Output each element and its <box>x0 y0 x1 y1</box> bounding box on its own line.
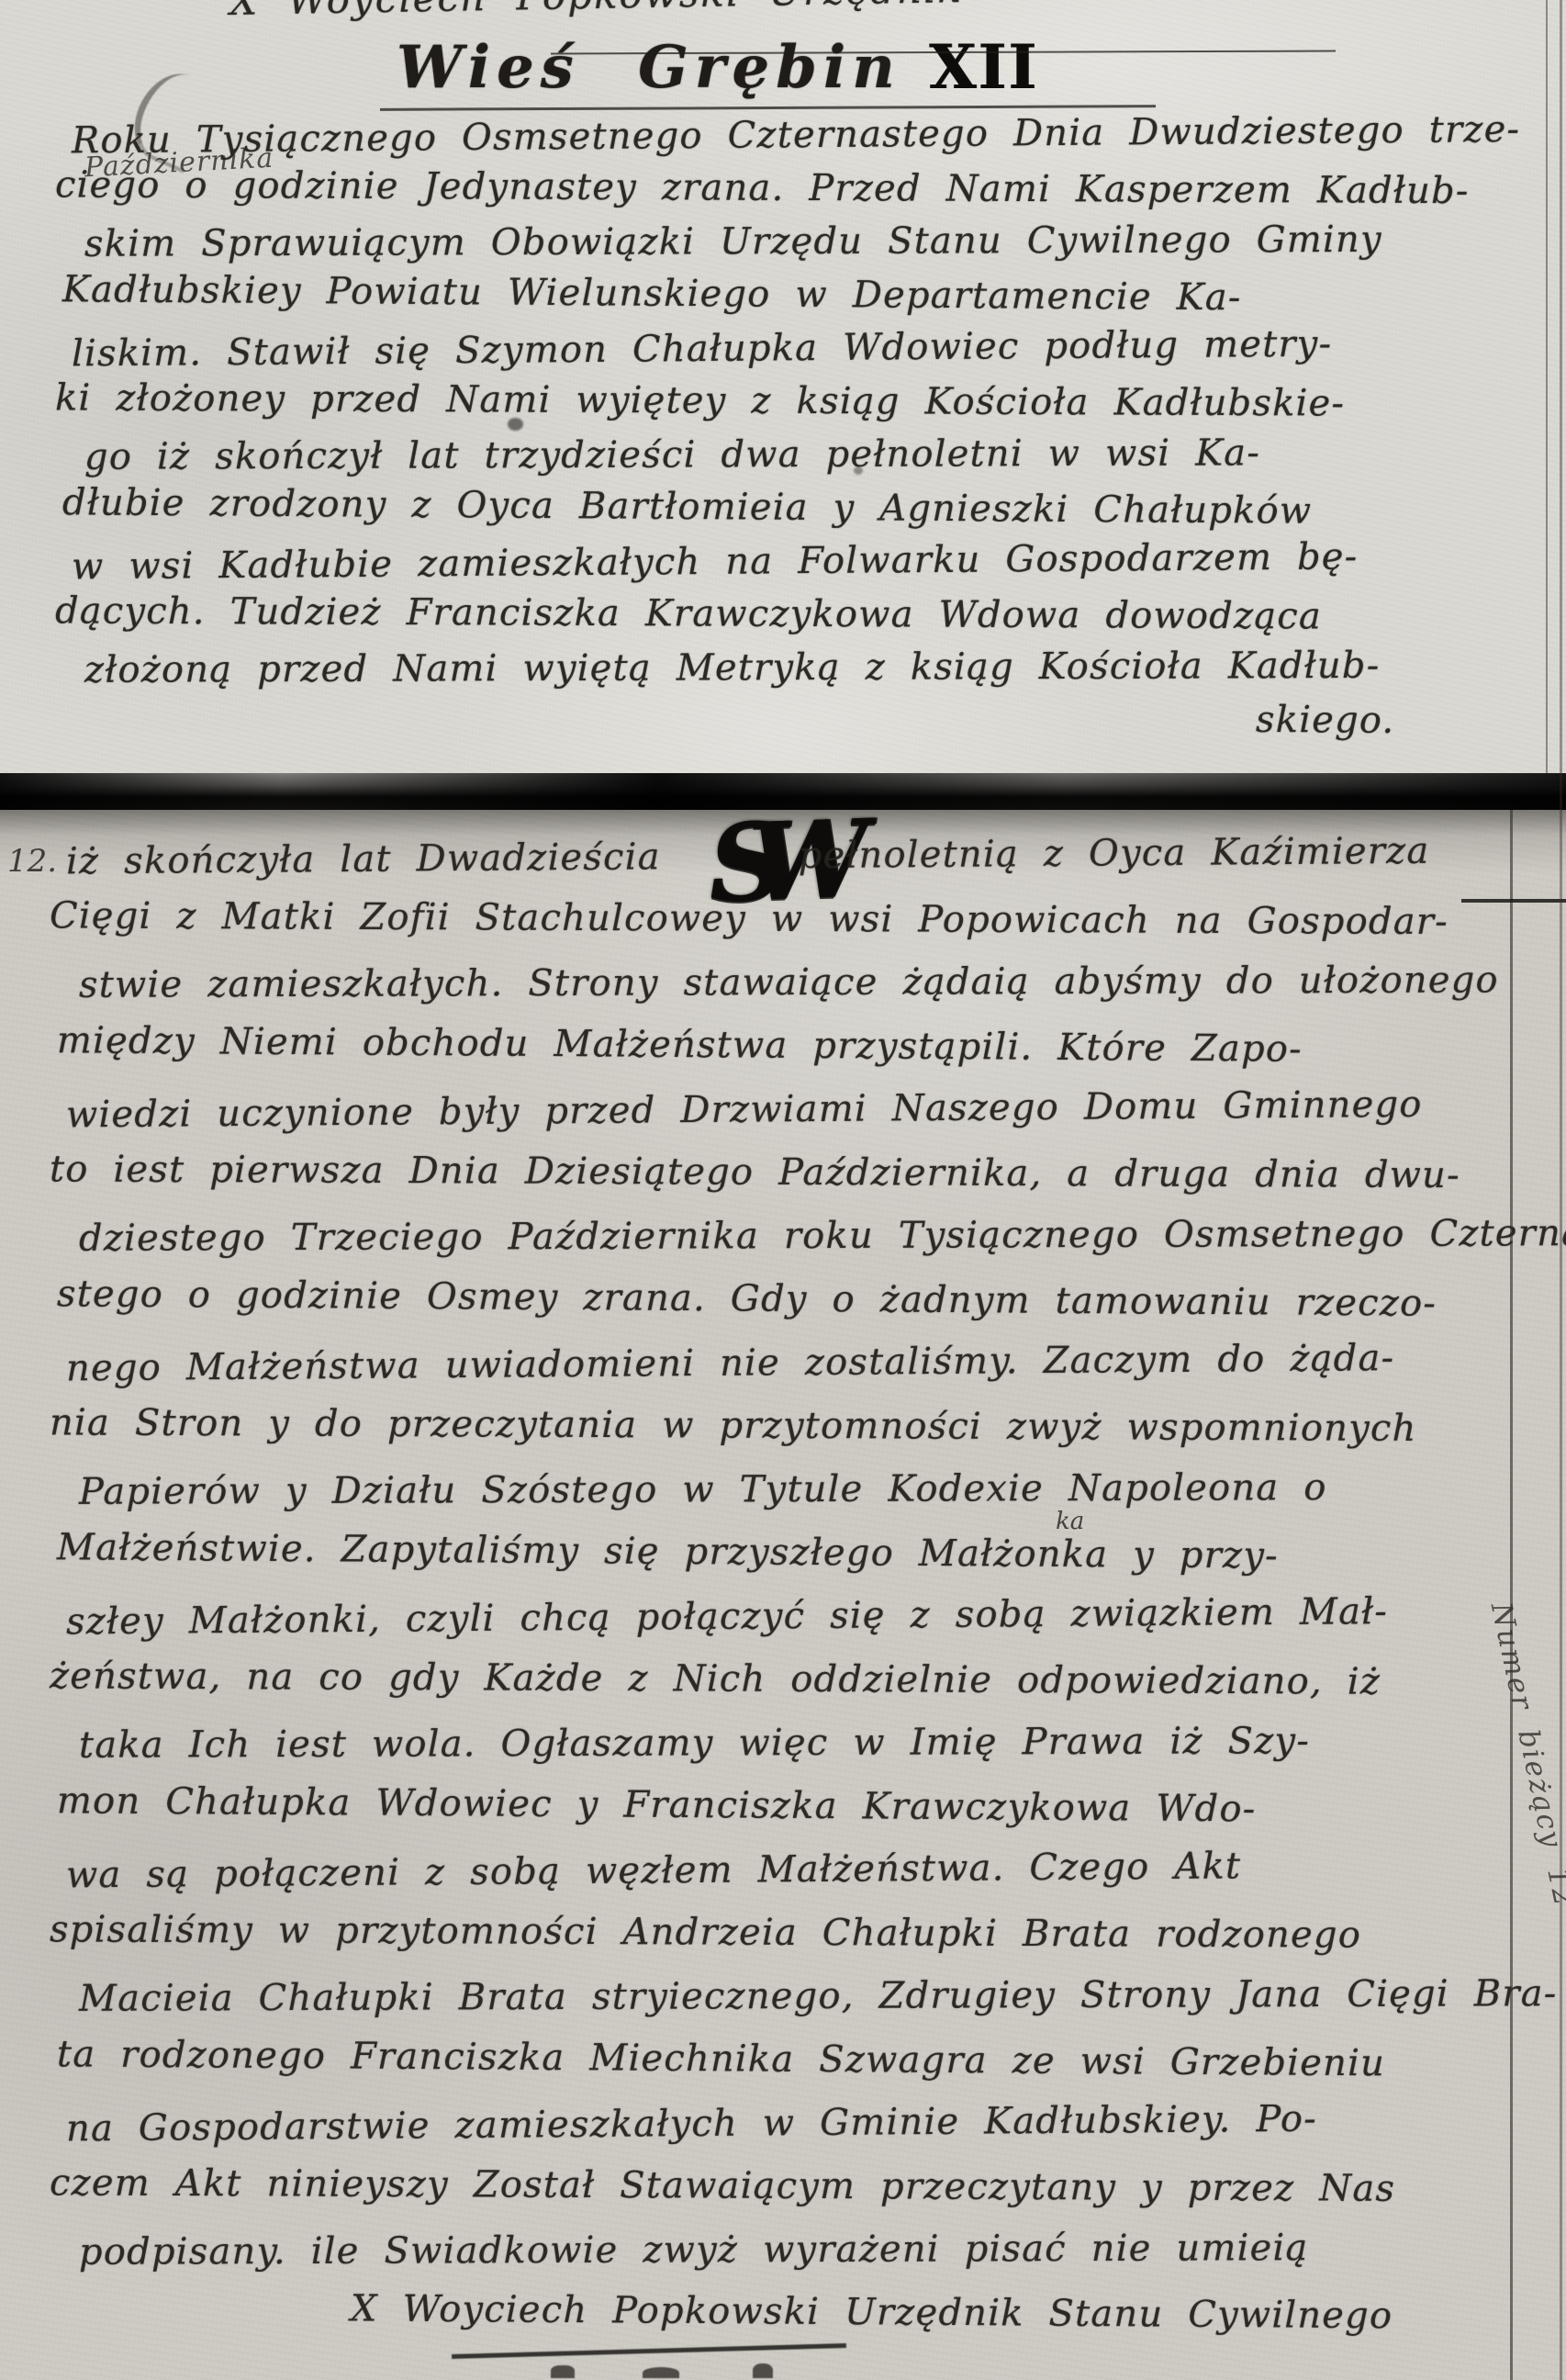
manuscript-line: Macieia Chałupki Brata stryiecznego, Zdr… <box>79 1962 1566 2031</box>
interline-insertion: ka <box>1056 1508 1084 1535</box>
manuscript-line: podpisany. ile Swiadkowie zwyż wyrażeni … <box>79 2216 1566 2285</box>
manuscript-line: dących. Tudzież Franciszka Krawczykowa W… <box>55 584 1566 644</box>
manuscript-line: skim Sprawuiącym Obowiązki Urzędu Stanu … <box>84 212 1566 271</box>
paragraph-act-groom: Roku Tysiącznego Osmsetnego Czternastego… <box>53 108 1566 747</box>
monogram-gap <box>661 868 799 869</box>
manuscript-line: stwie zamieszkałych. Strony stawaiące żą… <box>79 949 1566 1017</box>
manuscript-line: stego o godzinie Osmey zrana. Gdy o żadn… <box>57 1263 1566 1336</box>
manuscript-line: skiego. <box>1256 693 1566 748</box>
right-margin-rule <box>1510 810 1513 2380</box>
manuscript-line: taka Ich iest wola. Ogłaszamy więc w Imi… <box>79 1709 1566 1778</box>
manuscript-line: wiedzi uczynione były przed Drzwiami Nas… <box>66 1072 1566 1148</box>
manuscript-line: ki złożoney przed Nami wyiętey z ksiąg K… <box>55 371 1566 431</box>
manuscript-line: Cięgi z Matki Zofii Stachulcowey w wsi P… <box>50 884 1566 954</box>
ink-blot <box>508 418 523 431</box>
manuscript-line: ta rodzonego Franciszka Miechnika Szwagr… <box>57 2023 1566 2096</box>
manuscript-line: Papierów y Działu Szóstego w Tytule Kode… <box>79 1455 1566 1524</box>
manuscript-line: Małżeństwie. Zapytaliśmy się przyszłego … <box>57 1516 1566 1589</box>
manuscript-line: na Gospodarstwie zamieszkałych w Gminie … <box>66 2086 1566 2161</box>
manuscript-line: liskim. Stawił się Szymon Chałupka Wdowi… <box>72 316 1566 381</box>
manuscript-line: szłey Małżonki, czyli chcą połączyć się … <box>66 1579 1566 1655</box>
right-margin-rule <box>1546 0 1548 777</box>
manuscript-line: żeństwa, na co gdy Każde z Nich oddzieln… <box>50 1645 1566 1714</box>
act-number: XII <box>929 31 1038 103</box>
manuscript-line: nia Stron y do przeczytania w przytomnoś… <box>50 1391 1566 1461</box>
manuscript-line: wa są połączeni z sobą węzłem Małżeństwa… <box>66 1833 1566 1908</box>
official-signature-line: X Woyciech Popkowski Urzędnik Stanu Cywi… <box>351 2277 1566 2349</box>
manuscript-line: czem Akt ninieyszy Został Stawaiącym prz… <box>50 2151 1566 2221</box>
ink-blot <box>854 466 863 475</box>
clipped-previous-act-line: X Woyciech Popkowski Urzędnik <box>229 0 964 24</box>
manuscript-line: go iż skończył lat trzydzieści dwa pełno… <box>84 425 1566 484</box>
page-two: 12. SW iż skończyła lat Dwadzieściapełno… <box>0 810 1566 2380</box>
page-one: X Woyciech Popkowski Urzędnik Wieś Grębi… <box>0 0 1566 777</box>
manuscript-line: złożoną przed Nami wyiętą Metryką z ksią… <box>84 638 1566 697</box>
manuscript-line: w wsi Kadłubie zamieszkałych na Folwarku… <box>72 529 1566 594</box>
clipped-letter-top <box>551 2365 575 2378</box>
scanned-registry-document: { "ink_color": "#262220", "page1": { "to… <box>0 0 1566 2380</box>
manuscript-line: między Niemi obchodu Małżeństwa przystąp… <box>57 1009 1566 1083</box>
manuscript-line: spisaliśmy w przytomności Andrzeia Chału… <box>50 1898 1566 1968</box>
line-fragment-before-monogram: iż skończyła lat Dwadzieścia <box>66 836 661 882</box>
page-title: Wieś Grębin <box>397 33 901 102</box>
manuscript-line: Roku Tysiącznego Osmsetnego Czternastego… <box>72 103 1566 168</box>
bottom-strike-line <box>452 2343 846 2359</box>
manuscript-line: ciego o godzinie Jedynastey zrana. Przed… <box>55 158 1566 218</box>
clipped-letter-top <box>643 2367 679 2378</box>
margin-tick-line <box>1461 899 1566 903</box>
manuscript-line: dziestego Trzeciego Października roku Ty… <box>79 1202 1566 1271</box>
page-edge-line <box>1560 0 1562 2380</box>
manuscript-line: mon Chałupka Wdowiec y Franciszka Krawcz… <box>57 1769 1566 1843</box>
paragraph-act-body: iż skończyła lat Dwadzieściapełnoletnią … <box>48 825 1566 2345</box>
clipped-letter-top <box>753 2363 773 2378</box>
manuscript-line: to iest pierwsza Dnia Dziesiątego Paździ… <box>50 1138 1566 1207</box>
manuscript-line: iż skończyła lat Dwadzieściapełnoletnią … <box>66 819 1566 894</box>
line-fragment-after-monogram: pełnoletnią z Oyca Kaźimierza <box>799 830 1430 877</box>
manuscript-line: nego Małżeństwa uwiadomieni nie zostaliś… <box>66 1326 1566 1401</box>
